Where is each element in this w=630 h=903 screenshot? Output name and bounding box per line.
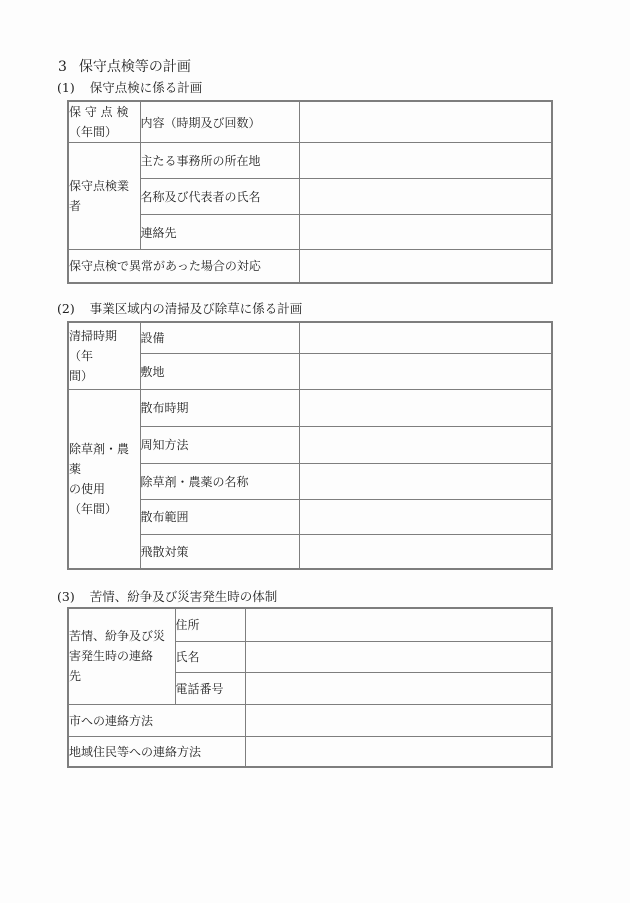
table-row: 地域住民等への連絡方法: [68, 736, 552, 767]
label-cell: 飛散対策: [140, 534, 299, 569]
table-row: 市への連絡方法: [68, 704, 552, 736]
value-cell: [245, 641, 552, 672]
value-cell: [245, 736, 552, 767]
page-title-number: 3: [58, 59, 67, 75]
value-cell: [299, 215, 552, 250]
table-row: 保守点検で異常があった場合の対応: [68, 250, 552, 283]
section-2-title: 事業区域内の清掃及び除草に係る計画: [90, 301, 303, 316]
label-cell: 除草剤・農薬の名称: [140, 463, 299, 499]
label-cell: 敷地: [140, 353, 299, 389]
label-cell: 内容（時期及び回数）: [140, 101, 299, 143]
emergency-contact-table: 苦情、紛争及び災 害発生時の連絡 先 住所 氏名 電話番号 市への連絡方法 地域…: [67, 607, 553, 768]
section-2-number: (2): [57, 301, 75, 316]
maintenance-plan-table: 保 守 点 検 （年間） 内容（時期及び回数） 保守点検業 者 主たる事務所の所…: [67, 100, 553, 284]
value-cell: [299, 534, 552, 569]
label-cell: 住所: [175, 608, 245, 641]
label-cell: 名称及び代表者の氏名: [140, 179, 299, 215]
table-row: 苦情、紛争及び災 害発生時の連絡 先 住所: [68, 608, 552, 641]
value-cell: [299, 353, 552, 389]
label-cell: 散布時期: [140, 389, 299, 426]
label-cell: 連絡先: [140, 215, 299, 250]
value-cell: [245, 608, 552, 641]
value-cell: [245, 672, 552, 704]
value-cell: [299, 250, 552, 283]
table-row: 周知方法: [68, 426, 552, 463]
row-header-cell: 除草剤・農薬 の使用 （年間）: [68, 389, 140, 569]
section-1-title: 保守点検に係る計画: [90, 80, 203, 95]
label-cell: 主たる事務所の所在地: [140, 143, 299, 179]
table-row: 散布範囲: [68, 499, 552, 534]
label-cell: 設備: [140, 322, 299, 353]
value-cell: [245, 704, 552, 736]
section-3-heading: (3)苦情、紛争及び災害発生時の体制: [57, 589, 277, 604]
value-cell: [299, 179, 552, 215]
section-1-heading: (1)保守点検に係る計画: [57, 80, 202, 95]
value-cell: [299, 463, 552, 499]
table-row: 名称及び代表者の氏名: [68, 179, 552, 215]
section-2-heading: (2)事業区域内の清掃及び除草に係る計画: [57, 301, 302, 316]
table-row: 敷地: [68, 353, 552, 389]
table-row: 保 守 点 検 （年間） 内容（時期及び回数）: [68, 101, 552, 143]
value-cell: [299, 499, 552, 534]
row-header-cell: 保 守 点 検 （年間）: [68, 101, 140, 143]
cleaning-weeding-plan-table: 清掃時期（年 間） 設備 敷地 除草剤・農薬 の使用 （年間） 散布時期 周知方…: [67, 321, 553, 570]
label-cell: 市への連絡方法: [68, 704, 245, 736]
label-cell: 氏名: [175, 641, 245, 672]
label-cell: 散布範囲: [140, 499, 299, 534]
table-row: 連絡先: [68, 215, 552, 250]
table-row: 除草剤・農薬の名称: [68, 463, 552, 499]
value-cell: [299, 322, 552, 353]
value-cell: [299, 101, 552, 143]
section-1-number: (1): [57, 80, 75, 95]
table-row: 保守点検業 者 主たる事務所の所在地: [68, 143, 552, 179]
label-cell: 地域住民等への連絡方法: [68, 736, 245, 767]
label-cell: 保守点検で異常があった場合の対応: [68, 250, 299, 283]
label-cell: 電話番号: [175, 672, 245, 704]
document-page: 3保守点検等の計画 (1)保守点検に係る計画 保 守 点 検 （年間） 内容（時…: [0, 0, 630, 903]
table-row: 飛散対策: [68, 534, 552, 569]
value-cell: [299, 389, 552, 426]
table-row: 除草剤・農薬 の使用 （年間） 散布時期: [68, 389, 552, 426]
page-title-text: 保守点検等の計画: [79, 59, 191, 75]
section-3-title: 苦情、紛争及び災害発生時の体制: [90, 589, 278, 604]
row-header-cell: 保守点検業 者: [68, 143, 140, 250]
value-cell: [299, 143, 552, 179]
label-cell: 周知方法: [140, 426, 299, 463]
row-header-cell: 苦情、紛争及び災 害発生時の連絡 先: [68, 608, 175, 704]
row-header-cell: 清掃時期（年 間）: [68, 322, 140, 389]
page-title: 3保守点検等の計画: [58, 59, 191, 76]
table-row: 清掃時期（年 間） 設備: [68, 322, 552, 353]
value-cell: [299, 426, 552, 463]
section-3-number: (3): [57, 589, 75, 604]
